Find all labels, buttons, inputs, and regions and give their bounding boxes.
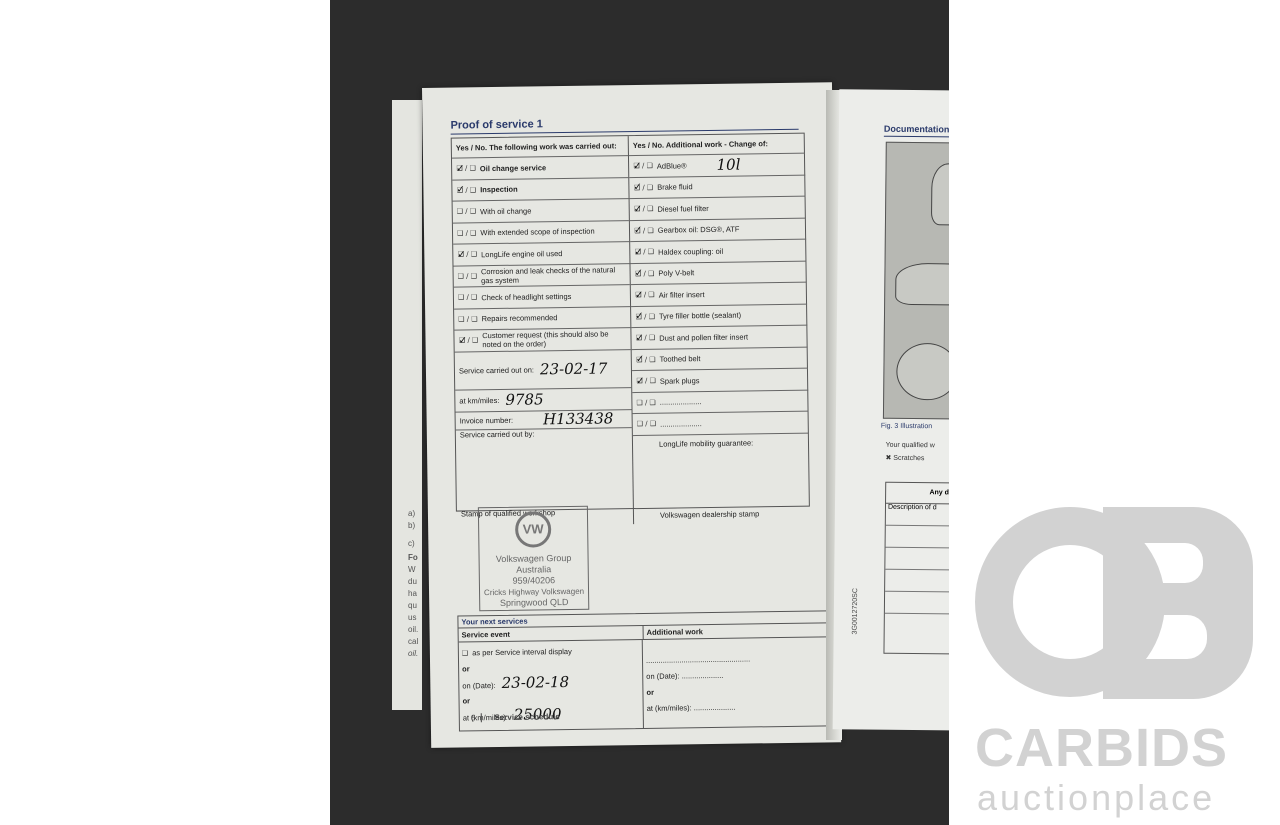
fragment: du xyxy=(408,576,417,588)
guarantee-box: LongLife mobility guarantee: Volkswagen … xyxy=(633,433,810,523)
yes-no-checkbox-icon: ❑ / ❑ xyxy=(457,208,476,216)
fragment: b) xyxy=(408,520,415,532)
page-footer: 6 Service schedule xyxy=(471,712,560,722)
service-km-row: at km/miles: 9785 xyxy=(455,388,631,412)
damage-table-row: Description of d xyxy=(886,504,949,527)
checklist-label: AdBlue® xyxy=(657,161,687,170)
service-by-row: Service carried out by: Stamp of qualifi… xyxy=(456,428,633,518)
checklist-item: ✓❑ / ❑Dust and pollen filter insert xyxy=(631,326,807,350)
stamp-line: Volkswagen Group xyxy=(480,553,588,566)
fragment: oil. xyxy=(408,648,418,660)
service-date-label: Service carried out on: xyxy=(459,365,534,375)
checklist-label: Dust and pollen filter insert xyxy=(659,332,748,342)
checklist-item: ✓❑ / ❑Brake fluid xyxy=(629,175,805,199)
checklist-item: ✓❑ / ❑Gearbox oil: DSG®, ATF xyxy=(630,218,806,242)
right-column-header: Yes / No. Additional work - Change of: xyxy=(629,134,805,156)
checklist-label: Air filter insert xyxy=(659,290,705,300)
checklist-item: ❑ / ❑Check of headlight settings xyxy=(454,285,630,309)
checklist-item: ✓❑ / ❑Inspection xyxy=(452,178,628,202)
fragment: us xyxy=(408,612,416,624)
fragment: qu xyxy=(408,600,417,612)
checklist-label: Brake fluid xyxy=(657,182,693,191)
checklist-item: ✓❑ / ❑Customer request (this should also… xyxy=(454,328,630,352)
checklist-item: ❑ / ❑.................... xyxy=(632,390,808,414)
qualified-text: Your qualified w xyxy=(886,442,935,450)
aw-km: at (km/miles): .................... xyxy=(647,698,835,717)
checklist-item: ❑ / ❑.................... xyxy=(633,412,809,436)
carbids-watermark: CARBIDS auctionplace xyxy=(975,505,1265,820)
damage-table-row xyxy=(886,526,949,549)
workshop-stamp: VW Volkswagen Group Australia 959/40206 … xyxy=(478,506,589,612)
watermark-brand: CARBIDS xyxy=(975,717,1228,779)
yes-no-checkbox-icon: ❑ / ❑ xyxy=(636,399,655,407)
service-event-header: Service event xyxy=(459,626,644,642)
document-code: 3G0012720SC xyxy=(852,588,859,634)
handwritten-tick-icon: ✓ xyxy=(633,182,642,193)
checklist-label: Oil change service xyxy=(480,163,546,173)
checklist-label: .................... xyxy=(660,419,702,429)
checklist-item: ❑ / ❑Repairs recommended xyxy=(454,307,630,331)
fragment: cal xyxy=(408,636,418,648)
checklist-label: Spark plugs xyxy=(660,376,700,386)
yes-no-checkbox-icon: ❑ / ❑ xyxy=(458,272,477,280)
checklist-item: ✓❑ / ❑Air filter insert xyxy=(631,283,807,307)
title-rule xyxy=(884,136,949,138)
handwritten-tick-icon: ✓ xyxy=(456,163,465,174)
checklist-item: ✓❑ / ❑Toothed belt xyxy=(632,347,808,371)
documentation-page: Documentation Fig. 3 Illustration Your q… xyxy=(833,89,949,731)
left-column-header: Yes / No. The following work was carried… xyxy=(452,136,628,158)
stamp-line: Springwood QLD xyxy=(480,597,588,610)
car-top-icon xyxy=(896,343,949,401)
checklist-label: With extended scope of inspection xyxy=(480,227,594,238)
checklist-label: Corrosion and leak checks of the natural… xyxy=(481,265,626,285)
figure-caption: Fig. 3 Illustration xyxy=(881,423,932,431)
vw-logo-icon: VW xyxy=(515,511,551,547)
damage-table-row xyxy=(885,570,949,593)
checklist-label: Gearbox oil: DSG®, ATF xyxy=(658,225,740,235)
fragment: oil. xyxy=(408,624,418,636)
handwritten-tick-icon: ✓ xyxy=(458,335,467,346)
fragment: c) xyxy=(408,538,415,550)
stamp-line: Cricks Highway Volkswagen xyxy=(480,586,588,599)
handwritten-tick-icon: ✓ xyxy=(634,204,643,215)
handwritten-tick-icon: ✓ xyxy=(635,268,644,279)
handwritten-tick-icon: ✓ xyxy=(634,247,643,258)
additional-work-column: Yes / No. Additional work - Change of: ✓… xyxy=(628,134,810,524)
handwritten-tick-icon: ✓ xyxy=(457,249,466,260)
service-km-value: 9785 xyxy=(505,390,543,409)
page-number: 6 xyxy=(471,713,483,722)
handwritten-tick-icon: ✓ xyxy=(635,311,644,322)
checklist-item: ❑ / ❑With oil change xyxy=(453,199,629,223)
work-carried-out-column: Yes / No. The following work was carried… xyxy=(452,136,633,518)
car-side-icon xyxy=(895,263,949,306)
checklist-label: Diesel fuel filter xyxy=(657,204,708,214)
handwritten-tick-icon: ✓ xyxy=(635,290,644,301)
yes-no-checkbox-icon: ❑ / ❑ xyxy=(457,229,476,237)
car-front-icon xyxy=(931,163,949,225)
checklist-item: ✓❑ / ❑Poly V-belt xyxy=(630,261,806,285)
checklist-item: ✓❑ / ❑Oil change service xyxy=(452,156,628,180)
section-name: Service schedule xyxy=(494,712,559,722)
service-by-label: Service carried out by: xyxy=(460,429,535,439)
additional-work-header: Additional work xyxy=(644,625,706,639)
checklist-item: ❑ / ❑With extended scope of inspection xyxy=(453,221,629,245)
yes-no-checkbox-icon: ❑ / ❑ xyxy=(637,420,656,428)
checklist-item: ✓❑ / ❑Diesel fuel filter xyxy=(630,197,806,221)
checklist-label: Poly V-belt xyxy=(658,268,694,277)
checklist-item: ✓❑ / ❑Spark plugs xyxy=(632,369,808,393)
fragment: a) xyxy=(408,508,415,520)
damage-table-row xyxy=(885,592,949,615)
handwritten-tick-icon: ✓ xyxy=(636,376,645,387)
next-date-label: on (Date): xyxy=(462,681,495,690)
handwritten-tick-icon: ✓ xyxy=(636,354,645,365)
checklist-label: Repairs recommended xyxy=(482,313,558,323)
documentation-title: Documentation xyxy=(884,124,949,135)
invoice-number-label: Invoice number: xyxy=(460,415,513,425)
checklist-label: LongLife engine oil used xyxy=(481,249,562,259)
watermark-tagline: auctionplace xyxy=(977,777,1215,819)
checklist-label: Haldex coupling: oil xyxy=(658,247,723,257)
damage-table-row xyxy=(885,548,949,571)
yes-no-checkbox-icon: ❑ / ❑ xyxy=(458,315,477,323)
service-date-value: 23-02-17 xyxy=(540,359,608,378)
checklist-item: ❑ / ❑Corrosion and leak checks of the na… xyxy=(453,264,629,288)
checklist-item: ✓❑ / ❑LongLife engine oil used xyxy=(453,242,629,266)
checklist-label: .................... xyxy=(660,397,702,407)
service-book-photo: a) b) c) Fo W du ha qu us oil. cal oil. … xyxy=(330,0,949,825)
service-grid: Yes / No. The following work was carried… xyxy=(451,133,810,512)
service-km-label: at km/miles: xyxy=(459,395,499,405)
checklist-label: Inspection xyxy=(480,185,518,195)
handwritten-tick-icon: ✓ xyxy=(635,333,644,344)
fragment: Fo xyxy=(408,552,418,564)
damage-table-header: Any da xyxy=(886,483,949,505)
handwritten-tick-icon: ✓ xyxy=(456,185,465,196)
handwritten-tick-icon: ✓ xyxy=(634,225,643,236)
previous-page-edge: a) b) c) Fo W du ha qu us oil. cal oil. xyxy=(392,100,422,710)
handwritten-tick-icon: ✓ xyxy=(633,161,642,172)
checklist-item: ✓❑ / ❑Tyre filler bottle (sealant) xyxy=(631,304,807,328)
page-title: Proof of service 1 xyxy=(450,118,542,131)
dealer-stamp-label: Volkswagen dealership stamp xyxy=(660,509,759,519)
fragment: ha xyxy=(408,588,417,600)
proof-of-service-page: Proof of service 1 Yes / No. The followi… xyxy=(422,82,841,748)
checklist-label: Toothed belt xyxy=(660,354,701,364)
guarantee-label: LongLife mobility guarantee: xyxy=(659,438,753,448)
interval-option: as per Service interval display xyxy=(472,647,572,657)
checklist-label: With oil change xyxy=(480,206,531,216)
checklist-label: Check of headlight settings xyxy=(481,292,571,302)
handwritten-note: 10l xyxy=(716,156,740,174)
service-date-row: Service carried out on: 23-02-17 xyxy=(455,350,632,390)
additional-work-cell: ........................................… xyxy=(643,637,838,728)
checklist-item: ✓❑ / ❑Haldex coupling: oil xyxy=(630,240,806,264)
invoice-number-value: H133438 xyxy=(543,409,614,428)
scratches-legend: ✖ Scratches xyxy=(885,454,924,462)
vehicle-illustration xyxy=(883,142,949,420)
checklist-label: Customer request (this should also be no… xyxy=(482,329,626,349)
checklist-label: Tyre filler bottle (sealant) xyxy=(659,311,741,321)
fragment: W xyxy=(408,564,416,576)
next-date-value: 23-02-18 xyxy=(502,673,570,692)
damage-table-row xyxy=(885,614,949,636)
checkbox-icon: ❑ xyxy=(462,649,468,657)
checklist-item: ✓❑ / ❑AdBlue®10l xyxy=(629,154,805,178)
fingerprint-c-icon xyxy=(975,507,1165,697)
damage-table: Any da Description of d xyxy=(883,482,949,655)
yes-no-checkbox-icon: ❑ / ❑ xyxy=(458,293,477,301)
